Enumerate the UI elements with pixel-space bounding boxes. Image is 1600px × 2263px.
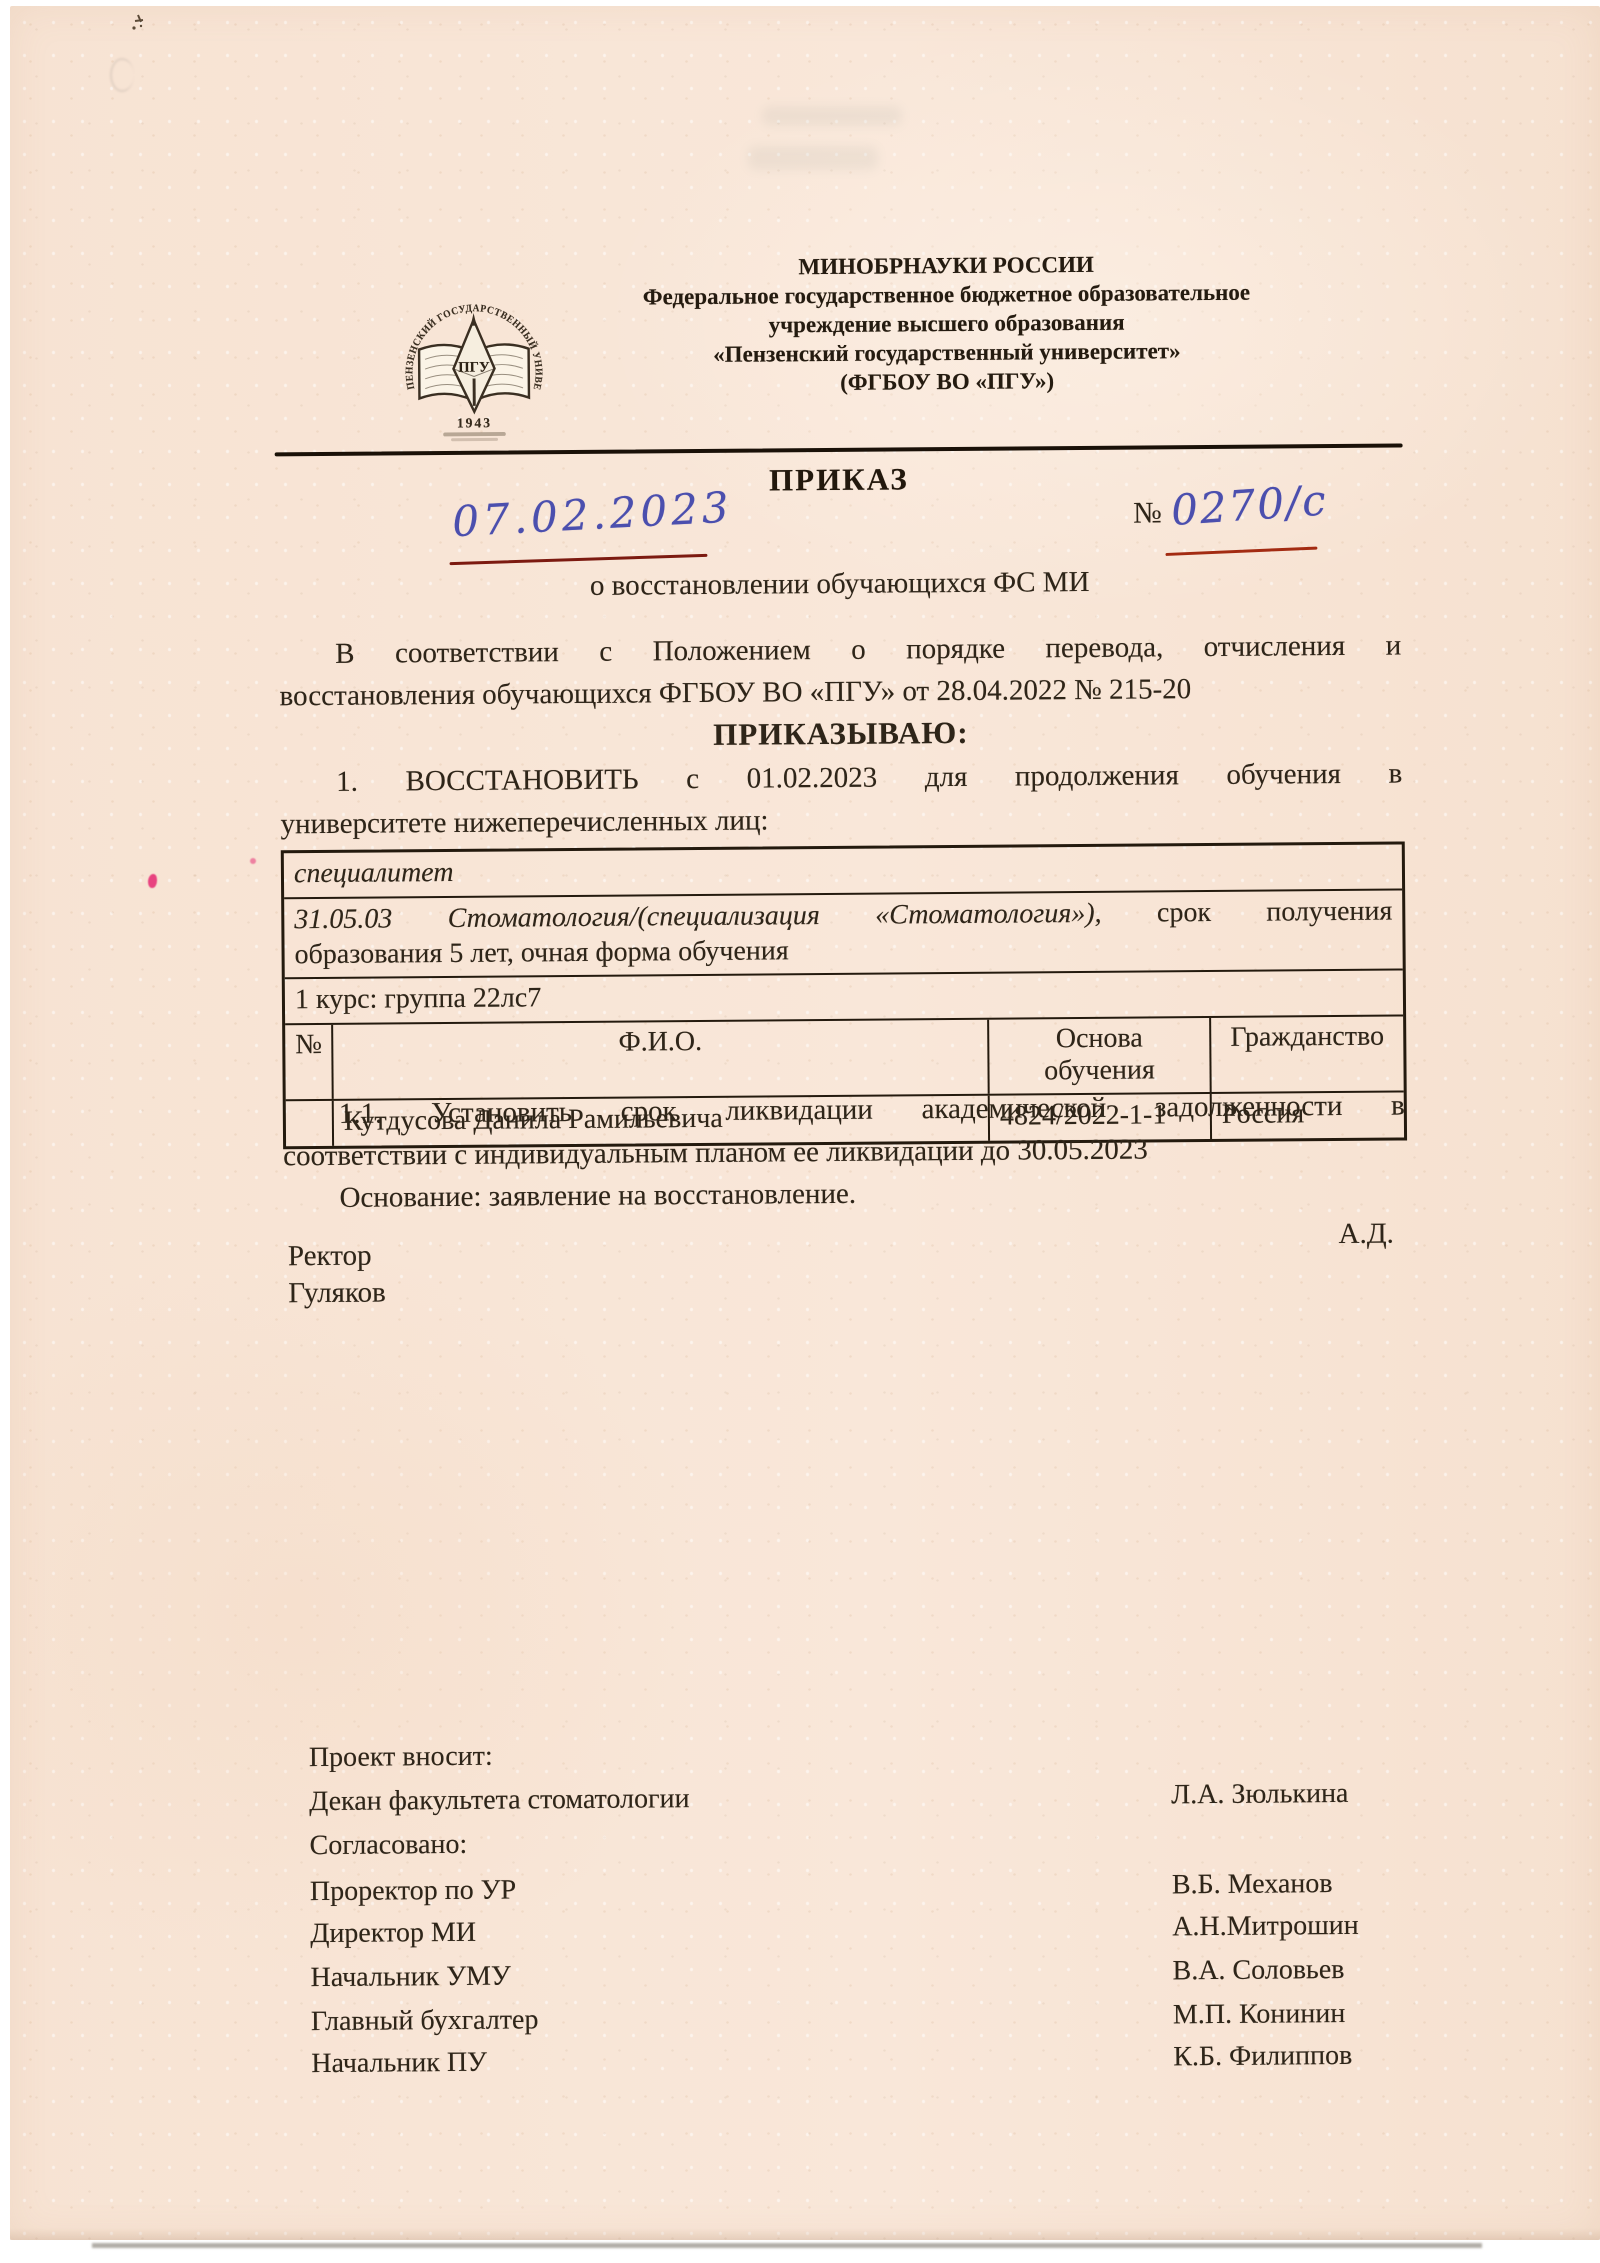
agreed-label: Согласовано: xyxy=(309,1829,467,1862)
rector-title: Ректор xyxy=(288,1240,372,1274)
logo-motto-blur xyxy=(443,432,506,441)
approval-position-pu: Начальник ПУ xyxy=(311,2047,487,2080)
approval-name-pu: К.Б. Филиппов xyxy=(1173,2040,1352,2073)
col-header-citizenship: Гражданство xyxy=(1211,1016,1404,1092)
decree-word: ПРИКАЗЫВАЮ: xyxy=(280,709,1402,758)
approval-name-umu: В.А. Соловьев xyxy=(1172,1954,1344,1987)
col-header-fio: Ф.И.О. xyxy=(333,1020,990,1099)
order-subject: о восстановлении обучающихся ФС МИ xyxy=(279,560,1401,609)
scanned-order-page: ПЕНЗЕНСКИЙ ГОСУДАРСТВЕННЫЙ УНИВЕРСИТЕТ xyxy=(0,0,1600,2263)
paper-bottom-shadow xyxy=(10,2228,1600,2240)
basis-line: Основание: заявление на восстановление. xyxy=(283,1169,1405,1218)
approval-position-prorector: Проректор по УР xyxy=(310,1874,516,1908)
specialty-line-2: образования 5 лет, очная форма обучения xyxy=(294,929,1392,973)
rector-initials: А.Д. xyxy=(284,1214,1394,1263)
ink-mark xyxy=(128,12,148,38)
approval-position-dean: Декан факультета стоматологии xyxy=(309,1783,690,1818)
table-row-specialty: 31.05.03 Стоматология/(специализация «Ст… xyxy=(284,889,1403,978)
org-line-4: (ФГБОУ ВО «ПГУ») xyxy=(556,364,1338,399)
preamble-line-1: В соответствии с Положением о порядке пе… xyxy=(279,626,1401,675)
document-content: ПЕНЗЕНСКИЙ ГОСУДАРСТВЕННЫЙ УНИВЕРСИТЕТ xyxy=(0,0,1600,2263)
col-header-num: № xyxy=(285,1025,334,1099)
approval-name-accountant: М.П. Конинин xyxy=(1173,1998,1346,2031)
approval-position-umu: Начальник УМУ xyxy=(310,1961,510,1995)
university-logo: ПЕНЗЕНСКИЙ ГОСУДАРСТВЕННЫЙ УНИВЕРСИТЕТ xyxy=(385,278,562,451)
approval-name-prorector: В.Б. Механов xyxy=(1172,1868,1333,1901)
pink-ink-dot xyxy=(250,858,256,864)
approval-name-dean: Л.А. Зюлькина xyxy=(1171,1778,1348,1811)
logo-monogram: ПГУ xyxy=(458,359,490,375)
pencil-smudge xyxy=(110,58,134,92)
approval-position-director: Директор МИ xyxy=(310,1917,476,1950)
logo-year: 1943 xyxy=(457,415,492,430)
preamble-line-2: восстановления обучающихся ФГБОУ ВО «ПГУ… xyxy=(279,668,1401,717)
specialty-tail: срок получения xyxy=(1157,896,1393,929)
item11-line-2: соответствии с индивидуальным планом ее … xyxy=(283,1127,1405,1176)
scanner-streak xyxy=(92,2243,1482,2248)
letterhead: МИНОБРНАУКИ РОССИИ Федеральное государст… xyxy=(555,248,1338,399)
item1-line-1: 1. ВОССТАНОВИТЬ с 01.02.2023 для продолж… xyxy=(280,753,1402,802)
bleed-through-mark xyxy=(762,106,902,126)
org-line-1: Федеральное государственное бюджетное об… xyxy=(555,277,1337,312)
project-label: Проект вносит: xyxy=(309,1741,493,1774)
specialty-code-name: 31.05.03 Стоматология/(специализация «Ст… xyxy=(294,898,1102,935)
approval-position-accountant: Главный бухгалтер xyxy=(311,2004,539,2038)
order-number-handwritten: 0270/с xyxy=(1170,475,1330,535)
number-underline xyxy=(1165,547,1317,556)
order-number-label: № xyxy=(1133,496,1162,530)
item1-line-2: университете нижеперечисленных лиц: xyxy=(280,795,1402,844)
bleed-through-mark xyxy=(748,146,878,170)
date-underline xyxy=(450,554,708,565)
approval-name-director: А.Н.Митрошин xyxy=(1172,1910,1359,1943)
rector-surname: Гуляков xyxy=(288,1276,386,1310)
col-header-basis: Основа обучения xyxy=(989,1018,1212,1094)
